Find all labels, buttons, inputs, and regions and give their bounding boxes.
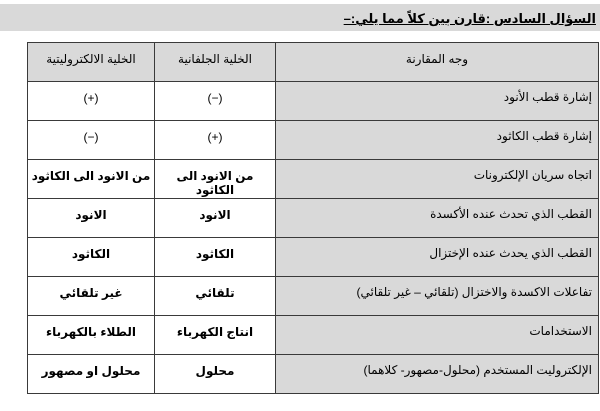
row-aspect-cathode-sign: إشارة قطب الكاثود (276, 121, 599, 160)
cell-electrolytic-electrolyte: محلول او مصهور (28, 355, 155, 394)
header-aspect: وجه المقارنة (276, 43, 599, 82)
cell-electrolytic-anode-sign: (+) (28, 82, 155, 121)
comparison-table: وجه المقارنة الخلية الجلفانية الخلية الا… (27, 42, 599, 394)
row-aspect-electron-flow: اتجاه سريان الإلكترونات (276, 160, 599, 199)
table-header-row: وجه المقارنة الخلية الجلفانية الخلية الا… (28, 43, 599, 82)
cell-electrolytic-uses: الطلاء بالكهرباء (28, 316, 155, 355)
question-title-bar: السؤال السادس :قارن بين كلاً مما يلي:– (0, 4, 600, 31)
table-row: الإلكتروليت المستخدم (محلول-مصهور- كلاهم… (28, 355, 599, 394)
cell-electrolytic-electron-flow: من الانود الى الكاثود (28, 160, 155, 199)
page: السؤال السادس :قارن بين كلاً مما يلي:– و… (0, 0, 600, 411)
cell-galvanic-electron-flow: من الانود الى الكاثود (155, 160, 276, 199)
row-aspect-oxidation-electrode: القطب الذي تحدث عنده الأكسدة (276, 199, 599, 238)
cell-galvanic-electrolyte: محلول (155, 355, 276, 394)
table-row: تفاعلات الاكسدة والاختزال (تلقائي – غير … (28, 277, 599, 316)
row-aspect-reduction-electrode: القطب الذي يحدث عنده الإختزال (276, 238, 599, 277)
header-galvanic-cell: الخلية الجلفانية (155, 43, 276, 82)
table-row: اتجاه سريان الإلكترونات من الانود الى ال… (28, 160, 599, 199)
cell-galvanic-reduction-electrode: الكاثود (155, 238, 276, 277)
cell-galvanic-cathode-sign: (+) (155, 121, 276, 160)
row-aspect-electrolyte: الإلكتروليت المستخدم (محلول-مصهور- كلاهم… (276, 355, 599, 394)
row-aspect-spontaneity: تفاعلات الاكسدة والاختزال (تلقائي – غير … (276, 277, 599, 316)
cell-galvanic-anode-sign: (−) (155, 82, 276, 121)
cell-galvanic-oxidation-electrode: الانود (155, 199, 276, 238)
cell-galvanic-spontaneity: تلقائي (155, 277, 276, 316)
cell-electrolytic-cathode-sign: (−) (28, 121, 155, 160)
cell-electrolytic-reduction-electrode: الكاثود (28, 238, 155, 277)
cell-galvanic-uses: انتاج الكهرباء (155, 316, 276, 355)
table-row: القطب الذي يحدث عنده الإختزال الكاثود ال… (28, 238, 599, 277)
cell-electrolytic-oxidation-electrode: الانود (28, 199, 155, 238)
header-electrolytic-cell: الخلية الالكتروليتية (28, 43, 155, 82)
row-aspect-anode-sign: إشارة قطب الأنود (276, 82, 599, 121)
question-title: السؤال السادس :قارن بين كلاً مما يلي:– (344, 11, 596, 26)
row-aspect-uses: الاستخدامات (276, 316, 599, 355)
table-row: إشارة قطب الأنود (−) (+) (28, 82, 599, 121)
table-row: القطب الذي تحدث عنده الأكسدة الانود الان… (28, 199, 599, 238)
table-row: الاستخدامات انتاج الكهرباء الطلاء بالكهر… (28, 316, 599, 355)
table-row: إشارة قطب الكاثود (+) (−) (28, 121, 599, 160)
cell-electrolytic-spontaneity: غير تلقائي (28, 277, 155, 316)
